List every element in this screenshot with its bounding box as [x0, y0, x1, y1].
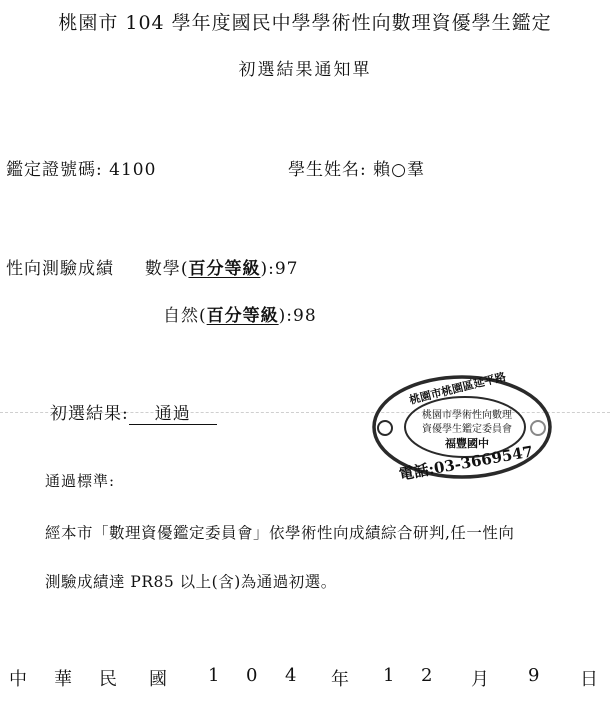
seal-inner-line-2: 資優學生鑑定委員會: [422, 420, 512, 435]
science-unit: 百分等級: [207, 306, 279, 326]
criteria-line-2: 測驗成績達 PR85 以上(含)為通過初選。: [45, 570, 337, 592]
result-row: 初選結果:通過: [50, 399, 217, 425]
document-subtitle: 初選結果通知單: [0, 55, 610, 80]
date-char: 0: [246, 665, 257, 686]
date-char: 1: [208, 665, 219, 686]
date-char: 年: [331, 665, 349, 691]
date-char: 華: [54, 665, 72, 691]
date-char: 2: [421, 665, 432, 686]
date-char: 民: [99, 665, 117, 691]
result-value: 通過: [129, 399, 217, 425]
date-char: 中: [9, 665, 27, 691]
seal-inner-line-1: 桃園市學術性向數理: [422, 406, 512, 421]
cert-number-label: 鑑定證號碼:: [6, 160, 103, 180]
document-title: 桃園市 104 學年度國民中學學術性向數理資優學生鑑定: [0, 8, 610, 35]
student-name-field: 學生姓名: 賴○羣: [288, 155, 425, 180]
math-score: :97: [268, 259, 298, 279]
math-subject: 數學: [145, 259, 181, 279]
criteria-line-1: 經本市「數理資優鑑定委員會」依學術性向成績綜合研判,任一性向: [45, 521, 514, 543]
score-math-row: 性向測驗成績 數學(百分等級):97: [6, 254, 298, 279]
cert-number-value: 4100: [109, 160, 156, 180]
paren-close: ): [260, 259, 268, 279]
math-unit: 百分等級: [188, 259, 260, 279]
date-char: 日: [580, 665, 598, 691]
date-char: 9: [528, 665, 539, 686]
student-name-value: 賴○羣: [373, 160, 425, 180]
official-seal: 桃園市桃園區延平路 桃園市學術性向數理 資優學生鑑定委員會 福豐國中 電話:03…: [370, 372, 555, 482]
science-subject: 自然: [163, 306, 199, 326]
science-score: :98: [286, 306, 316, 326]
date-char: 4: [285, 665, 296, 686]
result-label: 初選結果:: [50, 404, 129, 424]
criteria-label: 通過標準:: [45, 470, 115, 491]
student-name-label: 學生姓名:: [288, 160, 367, 180]
date-char: 國: [149, 665, 167, 691]
score-section-label: 性向測驗成績: [6, 259, 114, 279]
date-char: 1: [383, 665, 394, 686]
paren-open: (: [199, 306, 207, 326]
score-science-row: 自然(百分等級):98: [163, 301, 317, 326]
cert-number-field: 鑑定證號碼: 4100: [6, 155, 156, 180]
date-char: 月: [471, 665, 489, 691]
